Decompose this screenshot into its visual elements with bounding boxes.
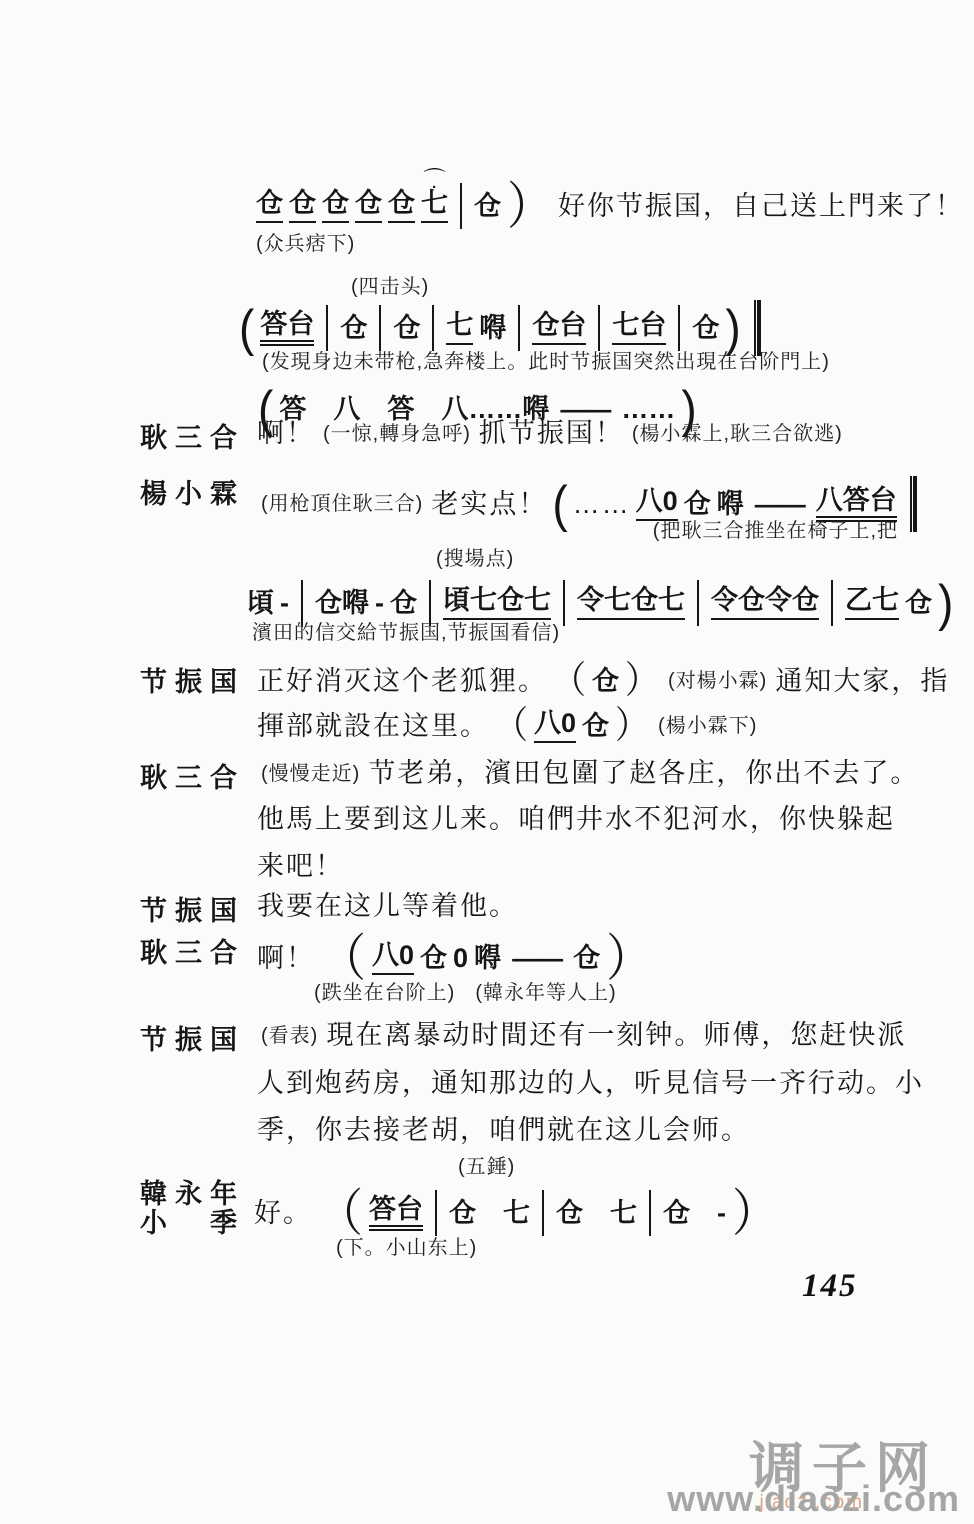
dialog-text: 节老弟，濱田包圍了赵各庄，你出不去了。 <box>368 760 919 787</box>
dialog-text: 現在离暴动时間还有一刻钟。师傅，您赶快派 <box>326 1022 906 1049</box>
percussion-notation: 仓 <box>582 712 609 740</box>
speaker-name: 耿三合 <box>140 765 245 792</box>
script-line: (答台仓仓七嘚仓台七台仓) <box>236 300 769 356</box>
speaker-name: 小 季 <box>140 1210 245 1237</box>
percussion-notation: 仓 <box>905 589 932 617</box>
percussion-notation: 仓 <box>340 314 367 342</box>
paren-mark: ） <box>606 933 652 984</box>
dialog-text: 啊！ <box>257 420 315 447</box>
dialog-text: 正好消灭这个老狐狸。 <box>257 668 547 695</box>
paren-mark: ) <box>938 578 953 629</box>
script-line: 頃-仓嘚-仓頃七仓七令七仓七令仓令仓乙七仓) <box>244 580 956 626</box>
bar-line <box>542 1190 544 1236</box>
paren-mark: （ <box>320 933 366 984</box>
script-line: 我要在这儿等着他。 <box>255 893 520 920</box>
dialog-text: 啊！ <box>257 945 315 972</box>
percussion-notation: 仓 <box>420 944 447 972</box>
bar-line <box>460 183 462 229</box>
percussion-notation: 仓 <box>573 944 600 972</box>
dialog-text: 来吧！ <box>257 853 344 880</box>
dialog-text: 通知大家，指 <box>775 668 949 695</box>
percussion-notation: 仓台 <box>532 311 586 344</box>
speaker-name: 楊小霖 <box>140 481 245 508</box>
paren-mark: ( <box>552 479 567 530</box>
script-line: (跌坐在台阶上)(韓永年等人上) <box>308 983 623 1003</box>
script-line: 来吧！ <box>255 853 346 880</box>
percussion-notation: 仓 <box>322 189 349 222</box>
bar-line <box>429 580 431 626</box>
script-line: 啊！(一惊,轉身急呼)抓节振国！(楊小霖上,耿三合欲逃) <box>255 420 849 447</box>
percussion-notation: 令七仓七 <box>577 586 685 619</box>
dialog-text: 好。 <box>254 1200 312 1227</box>
percussion-notation: 答台 <box>260 310 314 346</box>
script-line: (五錘) <box>452 1157 521 1177</box>
percussion-notation: 乙七 <box>845 586 899 619</box>
page-number: 145 <box>802 1268 858 1305</box>
dialog-text: …… <box>573 491 631 518</box>
percussion-notation: 仓 <box>474 192 501 220</box>
percussion-notation: 仓嘚 <box>315 589 369 617</box>
percussion-notation: 八0 <box>534 709 576 742</box>
paren-mark: （ <box>494 707 528 744</box>
percussion-notation: 仓 <box>692 314 719 342</box>
script-line: (慢慢走近)节老弟，濱田包圍了赵各庄，你出不去了。 <box>255 760 921 787</box>
script-line: 人到炮药房，通知那边的人，听見信号一齐行动。小 <box>255 1070 926 1097</box>
percussion-notation: 仓 七 <box>449 1199 530 1227</box>
percussion-notation: 仓 七 <box>556 1199 637 1227</box>
percussion-notation: 八0 <box>636 487 678 520</box>
percussion-notation: 仓 - <box>663 1199 726 1227</box>
script-line: 仓仓仓仓仓七⌒·仓）好你节振国，自己送上門来了！ <box>253 183 966 229</box>
stage-direction: (对楊小霖) <box>668 671 767 691</box>
speaker-name: 节振国 <box>140 1027 245 1054</box>
script-line: (下。小山东上) <box>330 1238 483 1258</box>
percussion-notation: 仓 <box>390 589 417 617</box>
stage-direction: (慢慢走近) <box>261 764 360 784</box>
percussion-notation: 令仓令仓 <box>711 586 819 619</box>
paren-mark: （ <box>552 662 586 699</box>
bar-line <box>379 305 381 351</box>
stage-direction: (用枪頂住耿三合) <box>261 494 423 514</box>
stage-direction: (发現身边未带枪,急奔楼上。此时节振国突然出現在台阶門上) <box>262 352 830 372</box>
bar-line <box>697 580 699 626</box>
percussion-notation: 嘚 <box>474 944 501 972</box>
dialog-text: 人到炮药房，通知那边的人，听見信号一齐行动。小 <box>257 1070 924 1097</box>
percussion-notation: 仓 <box>355 189 382 222</box>
percussion-notation: 仓 <box>388 189 415 222</box>
bar-line <box>649 1190 651 1236</box>
stage-direction: (看表) <box>261 1026 318 1046</box>
script-line: 正好消灭这个老狐狸。（仓）(对楊小霖)通知大家，指 <box>255 664 951 698</box>
paren-mark: ） <box>615 707 649 744</box>
bar-line <box>435 1190 437 1236</box>
dialog-text: 我要在这儿等着他。 <box>257 893 518 920</box>
fermata-dot-icon: · <box>432 180 437 196</box>
script-line: 濱田的信交給节振国,节振国看信) <box>246 623 566 643</box>
stage-direction: (下。小山东上) <box>336 1238 477 1258</box>
script-line: (众兵痞下) <box>250 234 361 254</box>
stage-direction: (众兵痞下) <box>256 234 355 254</box>
percussion-notation: 仓 <box>289 189 316 222</box>
script-line: 揮部就設在这里。（八0仓）(楊小霖下) <box>255 709 763 743</box>
bar-line <box>432 305 434 351</box>
stage-direction: (四击头) <box>351 277 429 297</box>
bar-line <box>301 580 303 626</box>
dialog-text: 揮部就設在这里。 <box>257 713 489 740</box>
bar-line <box>678 305 680 351</box>
stage-direction: (楊小霖上,耿三合欲逃) <box>632 424 843 444</box>
percussion-notation: 七⌒· <box>421 189 448 222</box>
measure-end-bar <box>910 476 917 532</box>
paren-mark: ） <box>732 1188 778 1239</box>
stage-direction: (把耿三合推坐在椅子上,把 <box>653 521 898 541</box>
paren-mark: ) <box>725 303 740 354</box>
dialog-text: 抓节振国！ <box>479 420 624 447</box>
watermark-site-url: www.diaozi.com <box>667 1478 960 1520</box>
stage-direction: (五錘) <box>458 1157 515 1177</box>
percussion-notation: 仓 <box>684 490 711 518</box>
stage-direction: (跌坐在台阶上) <box>314 983 455 1003</box>
dialog-text: 季，你去接老胡，咱們就在这儿会师。 <box>257 1117 750 1144</box>
percussion-notation: 頃七仓七 <box>443 586 551 619</box>
paren-mark: ） <box>507 181 553 232</box>
percussion-notation: …… <box>621 395 675 423</box>
percussion-notation: - <box>375 589 384 617</box>
script-line: (四击头) <box>345 277 435 297</box>
paren-mark: （ <box>317 1188 363 1239</box>
dialog-text: 老实点！ <box>431 491 547 518</box>
bar-line <box>598 305 600 351</box>
script-line: (看表)現在离暴动时間还有一刻钟。师傅，您赶快派 <box>255 1022 908 1049</box>
stage-direction: 濱田的信交給节振国,节振国看信) <box>252 623 560 643</box>
percussion-notation: 答台 <box>369 1195 423 1231</box>
percussion-notation: 七台 <box>612 311 666 344</box>
speaker-name: 耿三合 <box>140 425 245 452</box>
percussion-notation: 嘚 <box>717 490 744 518</box>
speaker-name: 韓永年 <box>140 1181 245 1208</box>
script-line: 好。（答台仓 七仓 七仓 -） <box>252 1190 781 1236</box>
speaker-name: 节振国 <box>140 898 245 925</box>
stage-direction: (一惊,轉身急呼) <box>323 424 471 444</box>
percussion-notation: 嘚 <box>479 314 506 342</box>
percussion-notation: 七 <box>446 311 473 344</box>
script-line: 啊！（八0仓0嘚——仓） <box>255 935 655 981</box>
dialog-text: 好你节振国，自己送上門来了！ <box>558 193 964 220</box>
script-line: (发現身边未带枪,急奔楼上。此时节振国突然出現在台阶門上) <box>256 352 836 372</box>
stage-direction: (搜場点) <box>436 549 514 569</box>
paren-mark: ( <box>239 303 254 354</box>
dash-mark: —— <box>755 491 805 517</box>
paren-mark: ） <box>625 662 659 699</box>
script-line: (把耿三合推坐在椅子上,把 <box>647 521 904 541</box>
bar-line <box>563 580 565 626</box>
percussion-notation: 仓 <box>256 189 283 222</box>
percussion-notation: 頃 <box>247 589 274 617</box>
percussion-notation: - <box>280 589 289 617</box>
script-line: 季，你去接老胡，咱們就在这儿会师。 <box>255 1117 752 1144</box>
bar-line <box>326 305 328 351</box>
speaker-name: 耿三合 <box>140 940 245 967</box>
percussion-notation: 仓 <box>592 667 619 695</box>
bar-line <box>518 305 520 351</box>
dialog-text: 他馬上要到这儿来。咱們井水不犯河水，你快躲起 <box>257 806 895 833</box>
stage-direction: (楊小霖下) <box>658 716 757 736</box>
bar-line <box>831 580 833 626</box>
percussion-notation: 八0 <box>372 941 414 974</box>
dash-mark: —— <box>512 945 562 971</box>
percussion-notation: 仓 <box>393 314 420 342</box>
measure-end-bar <box>754 300 761 356</box>
script-line: 他馬上要到这儿来。咱們井水不犯河水，你快躲起 <box>255 806 897 833</box>
page: 145 jiaozi.com 调子网 www.diaozi.com 仓仓仓仓仓七… <box>0 0 974 1524</box>
percussion-notation: 0 <box>453 944 468 972</box>
stage-direction: (韓永年等人上) <box>475 983 616 1003</box>
script-line: (搜場点) <box>430 549 520 569</box>
percussion-notation: 八答台 <box>816 486 897 522</box>
speaker-name: 节振国 <box>140 669 245 696</box>
